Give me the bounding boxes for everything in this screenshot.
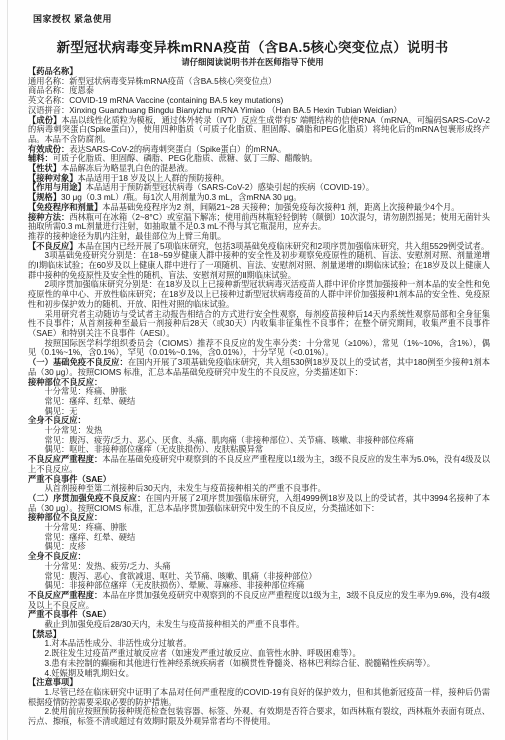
doc-paragraph: 按照国际医学科学组织委员会（CIOMS）推荐不良反应的发生率分类：十分常见（≥1… [28, 339, 490, 358]
doc-paragraph: 【作用与用途】本品适用于预防新型冠状病毒（SARS-CoV-2）感染引起的疾病（… [28, 183, 490, 193]
doc-paragraph: 推荐的接种途径为肌内注射，最佳部位为上臂三角肌。 [28, 232, 490, 242]
doc-paragraph: 接种方法：西林瓶可在冰箱（2~8°C）或室温下解冻；使用前西林瓶轻轻倒转（颠倒）… [28, 213, 490, 232]
paragraph-text: 1.对本品活性成分、非活性成分过敏者。 [45, 639, 192, 648]
paragraph-text: 本品基础免疫程序为2 剂，间隔21~28 天接种；加强免疫每次接种1 剂，距离上… [102, 203, 459, 212]
doc-paragraph: 偶见：皮疹 [28, 542, 490, 552]
paragraph-text: 汉语拼音：Xinxing Guanzhuang Bingdu Bianyizhu… [28, 106, 402, 115]
paragraph-label: 【成份】 [28, 116, 61, 125]
doc-paragraph: 常见：腹泻、恶心、食欲减退、呕吐、关节痛、咳嗽、肌痛（非接种部位） [28, 572, 490, 582]
paragraph-text: 本品解冻后为略显乳白色的混悬液。 [61, 164, 193, 173]
doc-paragraph: 接种部位不良反应： [28, 513, 490, 523]
paragraph-text: 十分常见：疼痛、肿胀 [45, 523, 128, 532]
authorization-label: 国家授权 紧急使用 [33, 12, 112, 25]
doc-paragraph: 2.既往发生过疫苗严重过敏反应者（如速发严重过敏反应、血管性水肿、呼吸困难等）。 [28, 649, 490, 659]
doc-paragraph: 十分常见：发热、疲劳/乏力、头痛 [28, 562, 490, 572]
paragraph-text: 偶见：皮疹 [45, 542, 86, 551]
paragraph-text: 2项序贯加强临床研究分别是：在18岁及以上已接种新型冠状病毒灭活疫苗人群中评价序… [28, 280, 490, 308]
paragraph-text: 常见：瘙痒、红晕、硬结 [45, 397, 136, 406]
paragraph-text: 本品适用于预防新型冠状病毒（SARS-CoV-2）感染引起的疾病（COVID-1… [86, 183, 374, 192]
document-title: 新型冠状病毒变异株mRNA疫苗（含BA.5核心突变位点）说明书 [0, 36, 505, 56]
doc-paragraph: 严重不良事件（SAE） [28, 475, 490, 485]
paragraph-label: （二）序贯加强免疫不良反应： [28, 494, 145, 503]
doc-paragraph: 偶见：非接种部位瘙痒（无皮肤损伤）、晕厥、荨麻疹、非接种部位疼痛 [28, 581, 490, 591]
paragraph-text: 十分常见：发热 [45, 426, 103, 435]
doc-paragraph: 2项序贯加强临床研究分别是：在18岁及以上已接种新型冠状病毒灭活疫苗人群中评价序… [28, 280, 490, 309]
paragraph-text: 常见：瘙痒、红晕、硬结 [45, 533, 136, 542]
paragraph-label: 【性状】 [28, 164, 61, 173]
doc-paragraph: 【免疫程序和剂量】本品基础免疫程序为2 剂，间隔21~28 天接种；加强免疫每次… [28, 203, 490, 213]
paragraph-text: 商品名称：度恩泰 [28, 86, 94, 95]
doc-paragraph: 4.妊娠期及哺乳期妇女。 [28, 669, 490, 679]
doc-paragraph: （二）序贯加强免疫不良反应：在国内开展了2项序贯加强临床研究，入组4999例18… [28, 494, 490, 513]
paragraph-label: 接种方法： [28, 213, 69, 222]
paragraph-text: 十分常见：发热、疲劳/乏力、头痛 [45, 562, 171, 571]
paragraph-label: 全身不良反应： [28, 416, 86, 425]
paragraph-label: 【作用与用途】 [28, 183, 86, 192]
paragraph-label: 全身不良反应： [28, 552, 86, 561]
doc-paragraph: 3项基础免疫研究分别是：在18~59岁健康人群中接种的安全性及初步观察免疫原性的… [28, 251, 490, 280]
paragraph-label: 【规格】 [28, 193, 61, 202]
doc-paragraph: 从首剂接种至第二剂接种后30天内，未发生与疫苗接种相关的严重不良事件。 [28, 484, 490, 494]
doc-paragraph: 十分常见：疼痛、肿胀 [28, 387, 490, 397]
doc-paragraph: 3.患有未控制的癫痫和其他进行性神经系统疾病者（如横贯性脊髓炎、格林巴利综合征、… [28, 659, 490, 669]
doc-paragraph: 【注意事项】 [28, 678, 490, 688]
paragraph-text: 本品适用于18 岁及以上人群的预防接种。 [78, 174, 230, 183]
doc-paragraph: 十分常见：发热 [28, 426, 490, 436]
paragraph-text: 截止到加强免疫后28/30天内，未发生与疫苗接种相关的严重不良事件。 [45, 620, 305, 629]
paragraph-label: 严重不良事件（SAE） [28, 475, 111, 484]
paragraph-text: 3项基础免疫研究分别是：在18~59岁健康人群中接种的安全性及初步观察免疫原性的… [28, 251, 490, 279]
doc-paragraph: 全身不良反应： [28, 552, 490, 562]
paragraph-label: 严重不良事件（SAE） [28, 610, 111, 619]
paragraph-text: 通用名称：新型冠状病毒变异株mRNA疫苗（含BA.5核心突变位点） [28, 77, 276, 86]
doc-paragraph: 【规格】30 μg（0.3 mL）/瓶。每1次人用剂量为0.3 mL，含mRNA… [28, 193, 490, 203]
doc-paragraph: 采用研究者主动随访与受试者主动报告相结合的方式进行安全性观察，每剂疫苗接种后14… [28, 310, 490, 339]
paragraph-text: 采用研究者主动随访与受试者主动报告相结合的方式进行安全性观察，每剂疫苗接种后14… [28, 310, 490, 338]
paragraph-label: 有效成份： [28, 145, 69, 154]
doc-paragraph: 偶见：无 [28, 407, 490, 417]
doc-paragraph: 常见：瘙痒、红晕、硬结 [28, 533, 490, 543]
paragraph-text: 4.妊娠期及哺乳期妇女。 [45, 669, 134, 678]
paragraph-text: 可质子化脂质、胆固醇、磷脂、PEG化脂质、蔗糖、氨丁三醇、醋酸钠。 [53, 154, 318, 163]
doc-paragraph: 辅料：可质子化脂质、胆固醇、磷脂、PEG化脂质、蔗糖、氨丁三醇、醋酸钠。 [28, 154, 490, 164]
doc-paragraph: 不良反应严重程度：本品在基础免疫研究中观察到的不良反应严重程度以1级为主，3级不… [28, 455, 490, 474]
doc-paragraph: 【药品名称】 [28, 67, 490, 77]
paragraph-text: 表达SARS-CoV-2的病毒刺突蛋白（Spike蛋白）的mRNA。 [69, 145, 286, 154]
doc-paragraph: 英文名称：COVID-19 mRNA Vaccine (containing B… [28, 96, 490, 106]
paragraph-label: 不良反应严重程度： [28, 455, 102, 464]
paragraph-label: 【免疫程序和剂量】 [28, 203, 102, 212]
document-page: 国家授权 紧急使用 新型冠状病毒变异株mRNA疫苗（含BA.5核心突变位点）说明… [0, 0, 505, 740]
paragraph-label: 不良反应严重程度： [28, 591, 102, 600]
doc-paragraph: 全身不良反应： [28, 416, 490, 426]
doc-paragraph: 商品名称：度恩泰 [28, 86, 490, 96]
paragraph-text: 2.既往发生过疫苗严重过敏反应者（如速发严重过敏反应、血管性水肿、呼吸困难等）。 [45, 649, 361, 658]
doc-paragraph: 汉语拼音：Xinxing Guanzhuang Bingdu Bianyizhu… [28, 106, 490, 116]
doc-paragraph: 【不良反应】本品在国内已经开展了5项临床研究，包括3项基础免疫临床研究和2项序贯… [28, 242, 490, 252]
paragraph-text: 1.尽管已经在临床研究中证明了本品对任何严重程度的COVID-19有良好的保护效… [28, 688, 490, 707]
paragraph-text: 3.患有未控制的癫痫和其他进行性神经系统疾病者（如横贯性脊髓炎、格林巴利综合征、… [45, 659, 436, 668]
doc-paragraph: 通用名称：新型冠状病毒变异株mRNA疫苗（含BA.5核心突变位点） [28, 77, 490, 87]
paragraph-text: 推荐的接种途径为肌内注射，最佳部位为上臂三角肌。 [28, 232, 226, 241]
paragraph-label: 【药品名称】 [28, 67, 78, 76]
paragraph-text: 从首剂接种至第二剂接种后30天内，未发生与疫苗接种相关的严重不良事件。 [45, 484, 326, 493]
doc-paragraph: 1.对本品活性成分、非活性成分过敏者。 [28, 639, 490, 649]
paragraph-label: 【禁忌】 [28, 630, 61, 639]
document-body: 【药品名称】通用名称：新型冠状病毒变异株mRNA疫苗（含BA.5核心突变位点）商… [28, 67, 490, 727]
paragraph-text: 30 μg（0.3 mL）/瓶。每1次人用剂量为0.3 mL，含mRNA 30 … [61, 193, 302, 202]
doc-paragraph: 【接种对象】本品适用于18 岁及以上人群的预防接种。 [28, 174, 490, 184]
doc-paragraph: 常见：腹泻、疲劳/乏力、恶心、厌食、头痛、肌肉痛（非接种部位）、关节痛、咳嗽、非… [28, 436, 490, 446]
paragraph-text: 常见：腹泻、疲劳/乏力、恶心、厌食、头痛、肌肉痛（非接种部位）、关节痛、咳嗽、非… [45, 436, 414, 445]
paragraph-text: 偶见：呕吐、非接种部位瘙痒（无皮肤损伤）、皮肤粘膜异常 [45, 445, 264, 454]
doc-paragraph: 接种部位不良反应： [28, 378, 490, 388]
doc-paragraph: 有效成份：表达SARS-CoV-2的病毒刺突蛋白（Spike蛋白）的mRNA。 [28, 145, 490, 155]
doc-paragraph: 偶见：呕吐、非接种部位瘙痒（无皮肤损伤）、皮肤粘膜异常 [28, 445, 490, 455]
paragraph-label: 接种部位不良反应： [28, 513, 102, 522]
paragraph-text: 十分常见：疼痛、肿胀 [45, 387, 128, 396]
paragraph-text: 本品以线性化质粒为模板，通过体外转录（IVT）反应生成带有5' 端帽结构的信使R… [28, 116, 490, 144]
doc-paragraph: 1.尽管已经在临床研究中证明了本品对任何严重程度的COVID-19有良好的保护效… [28, 688, 490, 707]
doc-paragraph: 不良反应严重程度：本品在序贯加强免疫研究中观察到的不良反应严重程度以1级为主，3… [28, 591, 490, 610]
paragraph-label: 辅料： [28, 154, 53, 163]
doc-paragraph: 严重不良事件（SAE） [28, 610, 490, 620]
paragraph-label: 【注意事项】 [28, 678, 78, 687]
doc-paragraph: 常见：瘙痒、红晕、硬结 [28, 397, 490, 407]
doc-paragraph: 【性状】本品解冻后为略显乳白色的混悬液。 [28, 164, 490, 174]
paragraph-label: 【不良反应】 [28, 242, 78, 251]
doc-paragraph: （一）基础免疫不良反应：在国内开展了3项基础免疫临床研究，共入组530例18岁及… [28, 358, 490, 377]
paragraph-text: 偶见：非接种部位瘙痒（无皮肤损伤）、晕厥、荨麻疹、非接种部位疼痛 [45, 581, 305, 590]
doc-paragraph: 【成份】本品以线性化质粒为模板，通过体外转录（IVT）反应生成带有5' 端帽结构… [28, 116, 490, 145]
paragraph-text: 偶见：无 [45, 407, 78, 416]
paragraph-text: 常见：腹泻、恶心、食欲减退、呕吐、关节痛、咳嗽、肌痛（非接种部位） [45, 572, 317, 581]
paragraph-label: （一）基础免疫不良反应： [28, 358, 128, 367]
doc-paragraph: 截止到加强免疫后28/30天内，未发生与疫苗接种相关的严重不良事件。 [28, 620, 490, 630]
paragraph-text: 本品在国内已经开展了5项临床研究，包括3项基础免疫临床研究和2项序贯加强临床研究… [78, 242, 490, 251]
paragraph-text: 英文名称：COVID-19 mRNA Vaccine (containing B… [28, 96, 283, 105]
doc-paragraph: 2.使用前应按照预防接种规范检查包装容器、标签、外观、有效期是否符合要求，如西林… [28, 707, 490, 726]
paragraph-text: 按照国际医学科学组织委员会（CIOMS）推荐不良反应的发生率分类：十分常见（≥1… [28, 339, 490, 358]
paragraph-label: 【接种对象】 [28, 174, 78, 183]
paragraph-text: 2.使用前应按照预防接种规范检查包装容器、标签、外观、有效期是否符合要求，如西林… [28, 707, 490, 726]
paragraph-text: 西林瓶可在冰箱（2~8°C）或室温下解冻；使用前西林瓶轻轻倒转（颠倒）10次混匀… [28, 213, 490, 232]
doc-paragraph: 十分常见：疼痛、肿胀 [28, 523, 490, 533]
scan-edge-line [7, 0, 8, 740]
paragraph-label: 接种部位不良反应： [28, 378, 102, 387]
